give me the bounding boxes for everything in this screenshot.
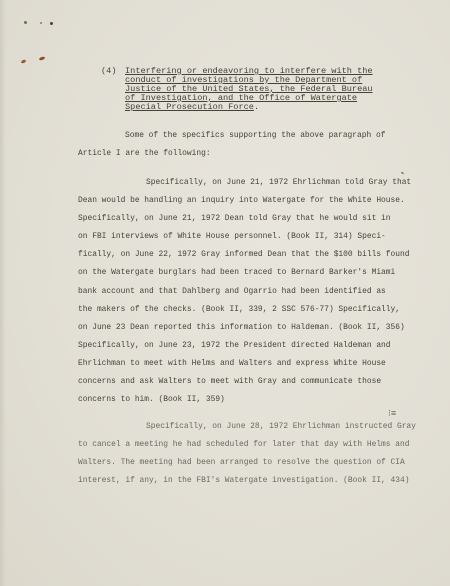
specifics-paragraph-2: Specifically, on June 28, 1972 Ehrlichma… bbox=[78, 418, 438, 490]
specifics-paragraph-1: Specifically, on June 21, 1972 Ehrlichma… bbox=[78, 174, 438, 409]
rust-stain bbox=[21, 59, 27, 64]
paragraph-line: Specifically, on June 28, 1972 Ehrlichma… bbox=[78, 418, 438, 436]
paragraph-line: Specifically, on June 21, 1972 Dean told… bbox=[78, 210, 438, 228]
paragraph-line: Specifically, on June 21, 1972 Ehrlichma… bbox=[78, 174, 438, 192]
paragraph-line: on FBI interviews of White House personn… bbox=[78, 228, 438, 246]
paragraph-line: interest, if any, in the FBI's Watergate… bbox=[78, 472, 438, 490]
margin-mark: ⁝≡ bbox=[388, 409, 396, 419]
document-page: (4) Interfering or endeavoring to interf… bbox=[0, 0, 450, 586]
item-number: (4) bbox=[101, 67, 116, 76]
paragraph-line: concerns and ask Walters to meet with Gr… bbox=[78, 373, 438, 391]
intro-paragraph: Some of the specifics supporting the abo… bbox=[78, 127, 438, 163]
paragraph-line: the makers of the checks. (Book II, 339,… bbox=[78, 301, 438, 319]
paper-speck bbox=[40, 22, 42, 24]
item-heading-line: Special Prosecution Force bbox=[125, 103, 254, 112]
paragraph-line: to cancel a meeting he had scheduled for… bbox=[78, 436, 438, 454]
paragraph-line: Specifically, on June 23, 1972 the Presi… bbox=[78, 337, 438, 355]
paragraph-line: on June 23 Dean reported this informatio… bbox=[78, 319, 438, 337]
paragraph-line: fically, on June 22, 1972 Gray informed … bbox=[78, 246, 438, 264]
paragraph-line: Walters. The meeting had been arranged t… bbox=[78, 454, 438, 472]
intro-line: Some of the specifics supporting the abo… bbox=[78, 127, 438, 145]
paper-speck bbox=[50, 22, 53, 25]
page-edge-shadow bbox=[0, 0, 6, 586]
intro-line: Article I are the following: bbox=[78, 145, 438, 163]
rust-stain bbox=[39, 56, 46, 61]
paragraph-line: concerns to him. (Book II, 359) bbox=[78, 391, 438, 409]
paragraph-line: on the Watergate burglars had been trace… bbox=[78, 264, 438, 282]
item-heading: Interfering or endeavoring to interfere … bbox=[125, 67, 365, 112]
paragraph-line: Ehrlichman to meet with Helms and Walter… bbox=[78, 355, 438, 373]
paragraph-line: bank account and that Dahlberg and Ogarr… bbox=[78, 283, 438, 301]
paper-speck bbox=[24, 21, 27, 24]
paragraph-line: Dean would be handling an inquiry into W… bbox=[78, 192, 438, 210]
